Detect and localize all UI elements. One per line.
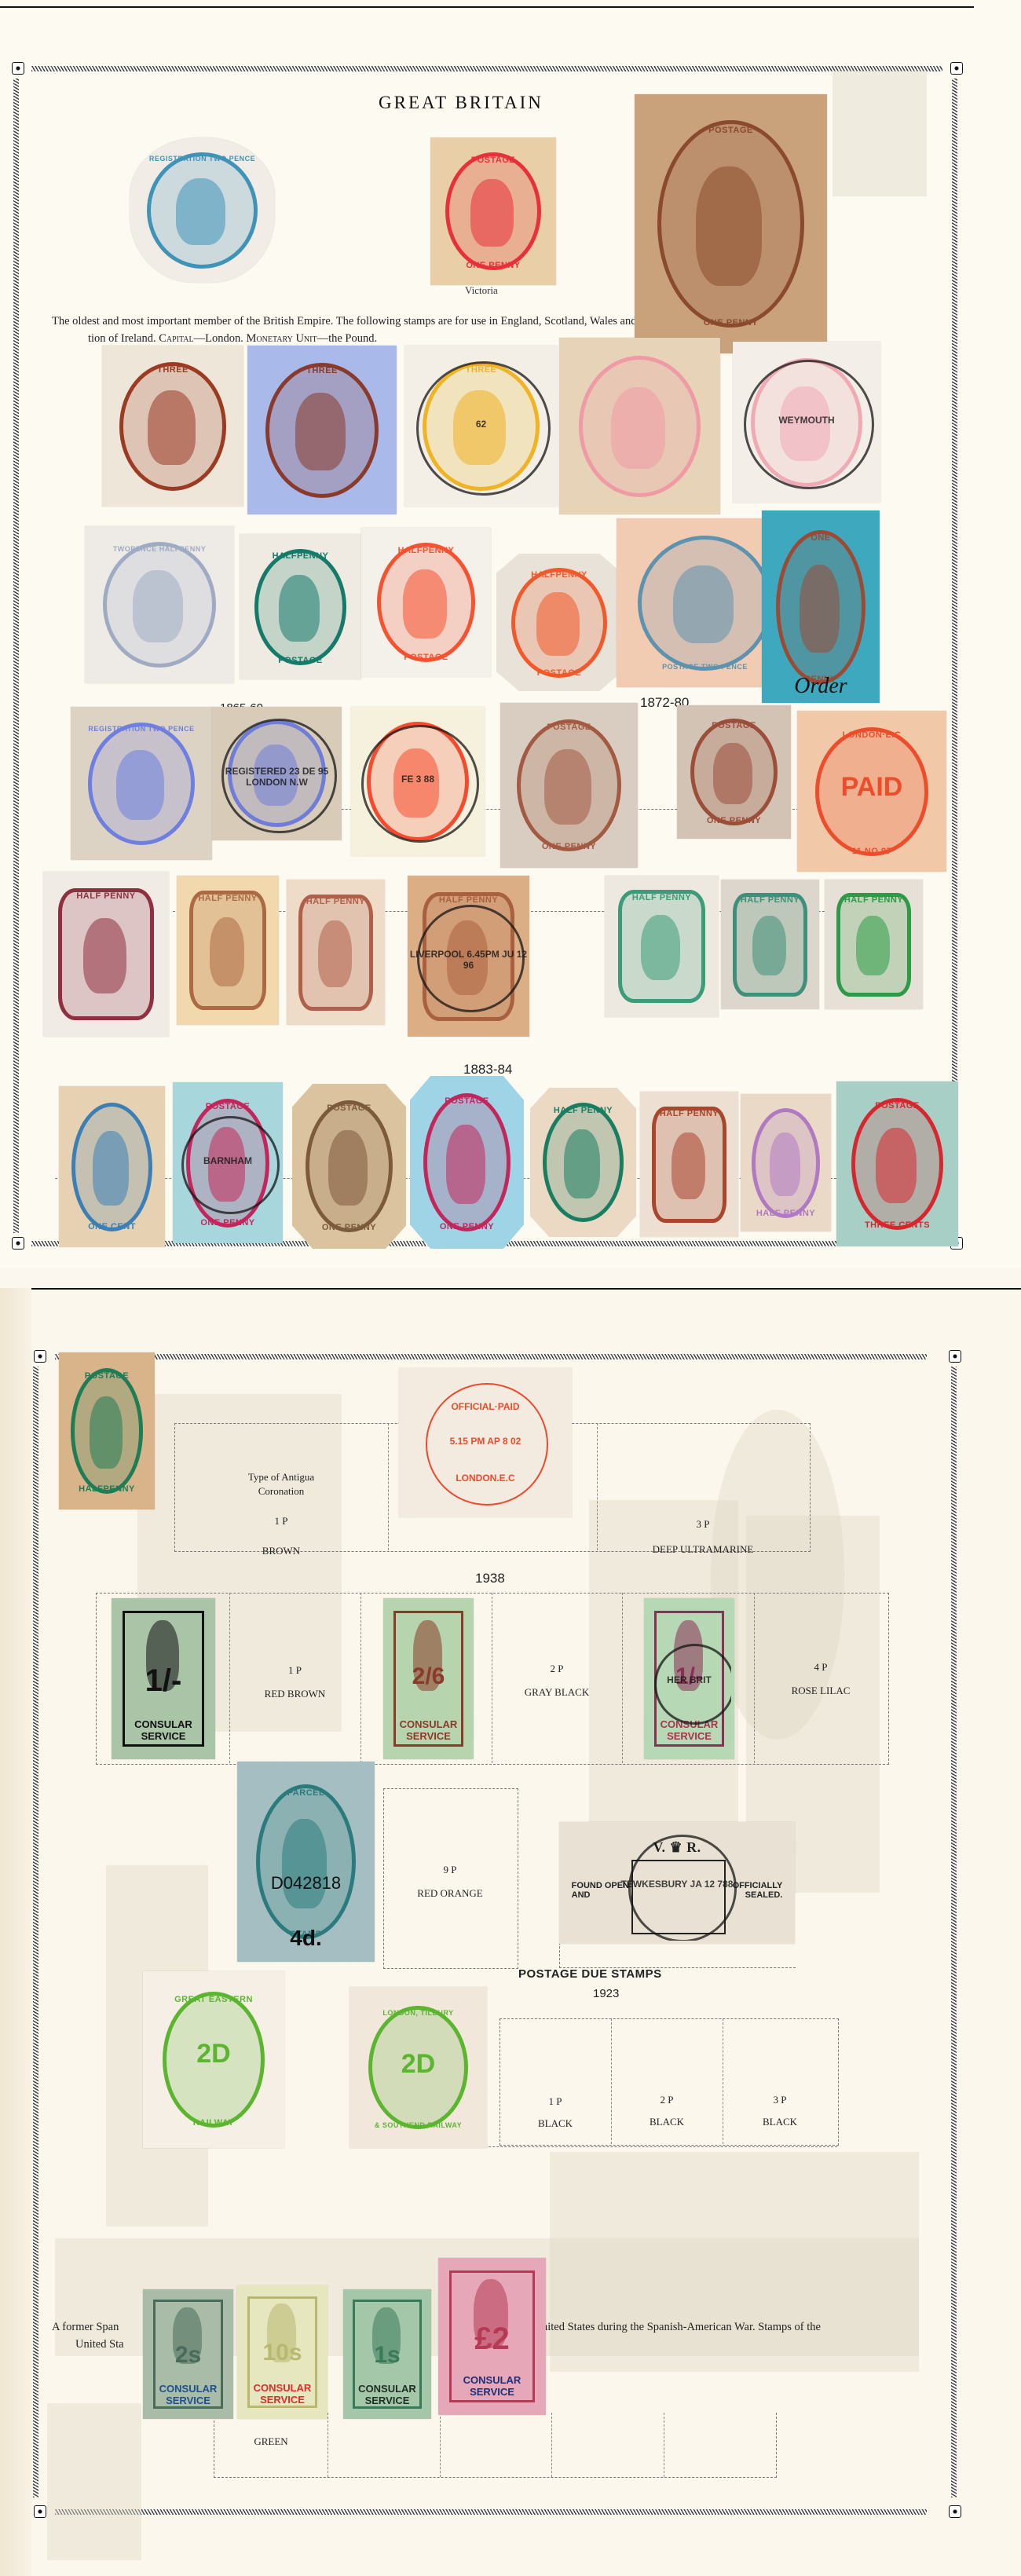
stamp-value: PAID [797,772,946,803]
stamp-reg-twopence-blue[interactable]: REGISTRATION TWO PENCE [130,137,275,283]
footer-text-2: United Sta [75,2336,124,2353]
caption-victoria: Victoria [465,284,498,297]
stamp-inscription: & SOUTHEND RAILWAY [353,2121,484,2129]
portrait-icon [93,1131,129,1205]
stamp-inscription: THREE CENTS [836,1220,958,1230]
postmark-text: 62 [404,419,558,430]
antigua-slot-label: Type of Antigua Coronation 1 P BROWN [174,1470,388,1558]
stamp-halfpenny-orange-octagon[interactable]: HALFPENNYPOSTAGE [496,554,622,691]
page-border-left [33,1367,38,2497]
portrait-icon [279,575,320,642]
stamp-halfpenny-brown-rect[interactable]: HALF PENNY [640,1092,738,1237]
stamp-inscription: GREAT EASTERN [146,1995,281,2004]
stamp-serial: D042818 [240,1873,371,1894]
stamp-inscription: HALF PENNY [825,895,923,905]
stamp-consular-2-6[interactable]: 2/6CONSULARSERVICE [383,1598,474,1759]
portrait-icon [210,917,244,986]
stamp-inscription: HALF PENNY [287,897,385,906]
stamp-consular-1-purple[interactable]: 1/-CONSULARSERVICEHER BRIT [644,1598,734,1759]
footer-text-1b: nited States during the Spanish-American… [542,2318,821,2336]
postmark-text: OFFICIAL·PAID [399,1401,572,1412]
stamp-one-penny-carmine-blue-2[interactable]: POSTAGEONE PENNY [410,1076,524,1249]
stamp-overprint: 4d. [240,1926,371,1951]
stamp-one-penny-brown-octagon[interactable]: POSTAGEONE PENNY [292,1084,406,1249]
corner-ornament-icon [9,1235,27,1252]
portrait-icon [116,750,164,821]
stamp-halfpenny-liverpool[interactable]: HALF PENNYLIVERPOOL 6.45PM JU 12 96 [408,876,529,1037]
portrait-icon [673,565,734,643]
page-edge-line [31,1288,1021,1290]
stamp-inscription: ONE PENNY [500,842,638,851]
stamp-value: 10s [240,2340,324,2366]
stamp-inscription: REGISTRATION TWO PENCE [71,725,212,733]
portrait-icon [282,1819,327,1908]
stamp-three-halfpence-yellow[interactable]: THREE62 [404,346,558,507]
stamp-inscription: 11 NO 97 [797,847,946,856]
stamp-inscription: REGISTRATION TWO PENCE [130,155,275,163]
portrait-icon [176,178,225,245]
stamp-inscription: HALF PENNY [741,1209,831,1218]
stamp-london-ec-paid[interactable]: LONDON·E.C11 NO 97PAID [797,711,946,872]
album-page-bottom: Type of Antigua Coronation 1 P BROWN 3 P… [0,1288,1021,2576]
postmark-text: HER BRIT [647,1674,731,1685]
stamp-consular-2s-edward[interactable]: 2sCONSULARSERVICE [143,2289,233,2419]
portrait-icon [641,915,679,980]
portrait-icon [544,749,591,825]
stamp-inscription: POSTAGE [496,668,622,678]
stamp-inscription: ONE [762,533,880,543]
corner-ornament-icon [9,60,27,77]
portrait-icon [148,390,196,464]
stamp-inscription: HALF PENNY [43,891,169,901]
postmark-text: BARNHAM [173,1155,283,1166]
stamp-halfpenny-brown-1[interactable]: HALF PENNY [177,876,279,1025]
stamp-one-cent-blue[interactable]: ONE CENT [59,1086,165,1247]
stamp-inscription: HALFPENNY [59,1484,155,1494]
portrait-icon [90,1396,122,1469]
portrait-icon [876,1128,917,1204]
stamp-one-penny-pink-weymouth[interactable]: WEYMOUTH [733,342,880,503]
stamp-inscription: POSTAGE [292,1103,406,1113]
stamp-overprint: CONSULARSERVICE [449,2369,534,2402]
page-border-top [31,66,942,71]
postage-due-year: 1923 [593,1987,619,2000]
stamp-one-penny-carmine-blue-1[interactable]: POSTAGEONE PENNYBARNHAM [173,1082,283,1243]
stamp-value: 1/- [115,1663,212,1699]
album-page-top: GREAT BRITAIN The oldest and most import… [0,0,1021,1268]
stamp-halfpenny-green-edward[interactable]: POSTAGEHALFPENNY [59,1352,155,1509]
page-border-right [951,1367,957,2497]
page-border-right [952,79,957,1233]
portrait-icon [83,918,126,994]
stamp-value: £2 [441,2322,543,2357]
stamp-inscription: ONE PENNY [410,1222,524,1231]
stamp-overprint: CONSULARSERVICE [247,2380,318,2409]
stamp-one-penny-order-blue[interactable]: ONEPENNYOrder [762,510,880,703]
stamp-inscription: POSTAGE [635,126,827,135]
stamp-halfpenny-green-1[interactable]: HALF PENNY [605,876,719,1017]
stamp-london-tilbury-railway[interactable]: LONDON, TILBURY& SOUTHEND RAILWAY2D [349,1987,487,2148]
slot-label-1938-1: 1 P RED BROWN [229,1663,360,1701]
stamp-inscription: POSTAGE [59,1371,155,1381]
stamp-inscription: HALF PENNY [605,893,719,902]
stamp-halfpenny-claret[interactable]: HALF PENNY [43,872,169,1037]
stamp-three-halfpence-blue-paper[interactable]: THREE [247,346,397,514]
portrait-icon [133,570,184,642]
postage-due-slot-3: 3 P BLACK [723,2093,837,2129]
stamp-inscription: HALF PENNY [640,1109,738,1118]
portrait-icon [318,920,352,987]
stamp-inscription: HALFPENNY [240,551,361,561]
stamp-consular-1-shilling[interactable]: 1/-CONSULARSERVICE [112,1598,215,1759]
stamp-inscription: HALFPENNY [361,546,491,555]
footer-text-1a: A former Span [52,2318,119,2336]
stamp-inscription: POSTAGE [836,1101,958,1111]
stamp-halfpenny-green[interactable]: HALFPENNYPOSTAGE [240,534,361,679]
stamp-inscription: THREE [102,365,243,375]
stamp-halfpenny-green-3[interactable]: HALF PENNY [825,880,923,1009]
stamp-twopence-halfpenny-grey[interactable]: TWOPENCE HALFPENNY [85,526,234,683]
stamp-inscription: ONE PENNY [677,816,791,825]
stamp-inscription: ONE PENNY [635,318,827,327]
stamp-inscription: POSTAGE [361,653,491,662]
slot-label-1938-2: 2 P GRAY BLACK [492,1662,622,1700]
stamp-inscription: PARCEL [240,1788,371,1798]
stamp-inscription: TWOPENCE HALFPENNY [85,545,234,553]
portrait-icon [328,1130,367,1206]
stamp-inscription: POSTAGE [173,1102,283,1111]
stamp-inscription: THREE [247,366,397,375]
postmark-text: REGISTERED 23 DE 95 LONDON N.W [212,766,342,788]
stamp-one-penny-pink-1[interactable] [559,338,720,514]
stamp-inscription: HALF PENNY [408,895,529,905]
slot-label-1938-3: 4 P ROSE LILAC [754,1660,887,1698]
stamp-three-cents-red[interactable]: POSTAGETHREE CENTS [836,1081,958,1246]
portrait-icon [672,1132,705,1199]
stamp-value: 2/6 [386,1663,470,1690]
postage-due-slot-1: 1 P BLACK [500,2095,611,2131]
stamp-inscription: ONE PENNY [430,261,556,270]
stamp-halfpenny-orange[interactable]: HALFPENNYPOSTAGE [361,528,491,677]
stamp-consular-10s-edward[interactable]: 10sCONSULARSERVICE [237,2285,328,2419]
stamp-consular-1s-george[interactable]: 1sCONSULARSERVICE [343,2289,431,2419]
postmark-text: FE 3 88 [351,774,485,785]
portrait-icon [611,387,666,469]
page-border-top [55,1354,927,1359]
stamp-halfpenny-green-2[interactable]: HALF PENNY [721,880,819,1009]
stamp-great-eastern-railway[interactable]: GREAT EASTERNRAILWAY2D [143,1971,284,2148]
portrait-icon [856,916,890,975]
portrait-icon [564,1129,600,1198]
stamp-inscription: POSTAGE [410,1096,524,1106]
page-border-bottom [55,2509,927,2515]
postmark-text: LIVERPOOL 6.45PM JU 12 96 [408,949,529,971]
stamp-one-penny-red-britannia[interactable]: POSTAGEONE PENNY [430,137,556,285]
stamp-one-penny-postage-brown-2[interactable]: POSTAGEONE PENNY [677,705,791,839]
stamp-inscription: POSTAGE [677,721,791,730]
stamp-value: 2D [353,2049,484,2080]
stamp-inscription: ONE PENNY [173,1218,283,1228]
corner-ornament-icon [31,2503,49,2520]
postmark-text: 5.15 PM AP 8 02 [399,1436,572,1447]
page-title: GREAT BRITAIN [379,93,543,113]
stamp-parcel-stamp-lnwr[interactable]: PARCELSTAMPD0428184d. [237,1762,375,1962]
stamp-official-paid-london[interactable]: OFFICIAL·PAID5.15 PM AP 8 02LONDON.E.C [399,1368,572,1517]
stamp-consular-2-pounds[interactable]: £2CONSULARSERVICE [438,2258,546,2415]
stamp-one-penny-postage-brown-1[interactable]: POSTAGEONE PENNY [500,703,638,868]
portrait-icon [800,565,840,653]
corner-ornament-icon [948,60,965,77]
stamp-inscription: LONDON·E.C [797,730,946,740]
stamp-inscription: POSTAGE [240,656,361,665]
ghost-slot [833,71,927,196]
corner-ornament-icon [31,1348,49,1365]
slot-label-green: GREEN [236,2435,306,2449]
stamp-fourpence-red-birmingham[interactable]: FE 3 88 [351,707,485,856]
stamp-value: 2s [146,2342,230,2369]
portrait-icon [446,1125,485,1204]
stamp-script: Order [762,674,880,699]
deep-ultramarine-slot-label: 3 P DEEP ULTRAMARINE [597,1517,809,1557]
stamp-inscription: LONDON, TILBURY [353,2009,484,2017]
stamp-halfpenny-lilac[interactable]: HALF PENNY [741,1094,831,1231]
page-border-left [13,79,19,1233]
portrait-icon [536,592,579,656]
portrait-icon [770,1132,800,1196]
portrait-icon [403,569,447,638]
postmark-text: LONDON.E.C [399,1473,572,1484]
stamp-inscription: POSTAGE [500,723,638,732]
stamp-inscription: ONE CENT [59,1222,165,1231]
postage-due-slot-2: 2 P BLACK [611,2093,723,2129]
year-label: 1883-84 [463,1062,512,1078]
stamp-three-halfpence-brown[interactable]: THREE [102,346,243,507]
portrait-icon [713,743,752,804]
corner-ornament-icon [946,2503,964,2520]
year-label: 1938 [475,1571,505,1586]
slot-label-red-orange: 9 P RED ORANGE [383,1863,517,1901]
stamp-halfpenny-brown-2[interactable]: HALF PENNY [287,880,385,1025]
stamp-one-penny-brown-wrapper[interactable]: POSTAGEONE PENNY [635,94,827,353]
stamp-overprint: CONSULARSERVICE [393,1713,464,1747]
stamp-overprint: CONSULARSERVICE [353,2381,421,2409]
stamp-inscription: RAILWAY [146,2118,281,2128]
postmark-text: TEWKESBURY JA 12 788 [562,1879,792,1890]
postmark-text: WEYMOUTH [733,415,880,426]
stamp-inscription: POSTAGE [430,156,556,165]
stamp-inscription: HALF PENNY [721,895,819,905]
stamp-inscription: ONE PENNY [292,1223,406,1232]
stamp-inscription: HALF PENNY [530,1106,636,1115]
stamp-reg-twopence-violet[interactable]: REGISTRATION TWO PENCE [71,707,212,860]
stamp-vr-found-open[interactable]: V. ♛ R.FOUND OPEN ANDOFFICIALLY SEALED.T… [559,1822,795,1944]
portrait-icon [470,179,513,247]
stamp-inscription: HALF PENNY [177,894,279,903]
stamp-value: 2D [146,2039,281,2069]
stamp-reg-london-registered[interactable]: REGISTERED 23 DE 95 LONDON N.W [212,707,342,840]
portrait-icon [752,916,786,975]
stamp-inscription: HALFPENNY [496,570,622,580]
corner-ornament-icon [946,1348,964,1365]
stamp-overprint: CONSULARSERVICE [123,1713,204,1747]
portrait-icon [696,166,761,286]
portrait-icon [295,393,346,470]
stamp-value: 1s [346,2342,428,2369]
postage-due-title: POSTAGE DUE STAMPS [518,1967,662,1981]
stamp-halfpenny-green-octagon[interactable]: HALF PENNY [530,1088,636,1237]
stamp-overprint: CONSULARSERVICE [153,2381,224,2409]
page-edge [0,1288,31,2576]
ghost-slot [47,2403,141,2560]
page-edge-line [0,6,974,8]
